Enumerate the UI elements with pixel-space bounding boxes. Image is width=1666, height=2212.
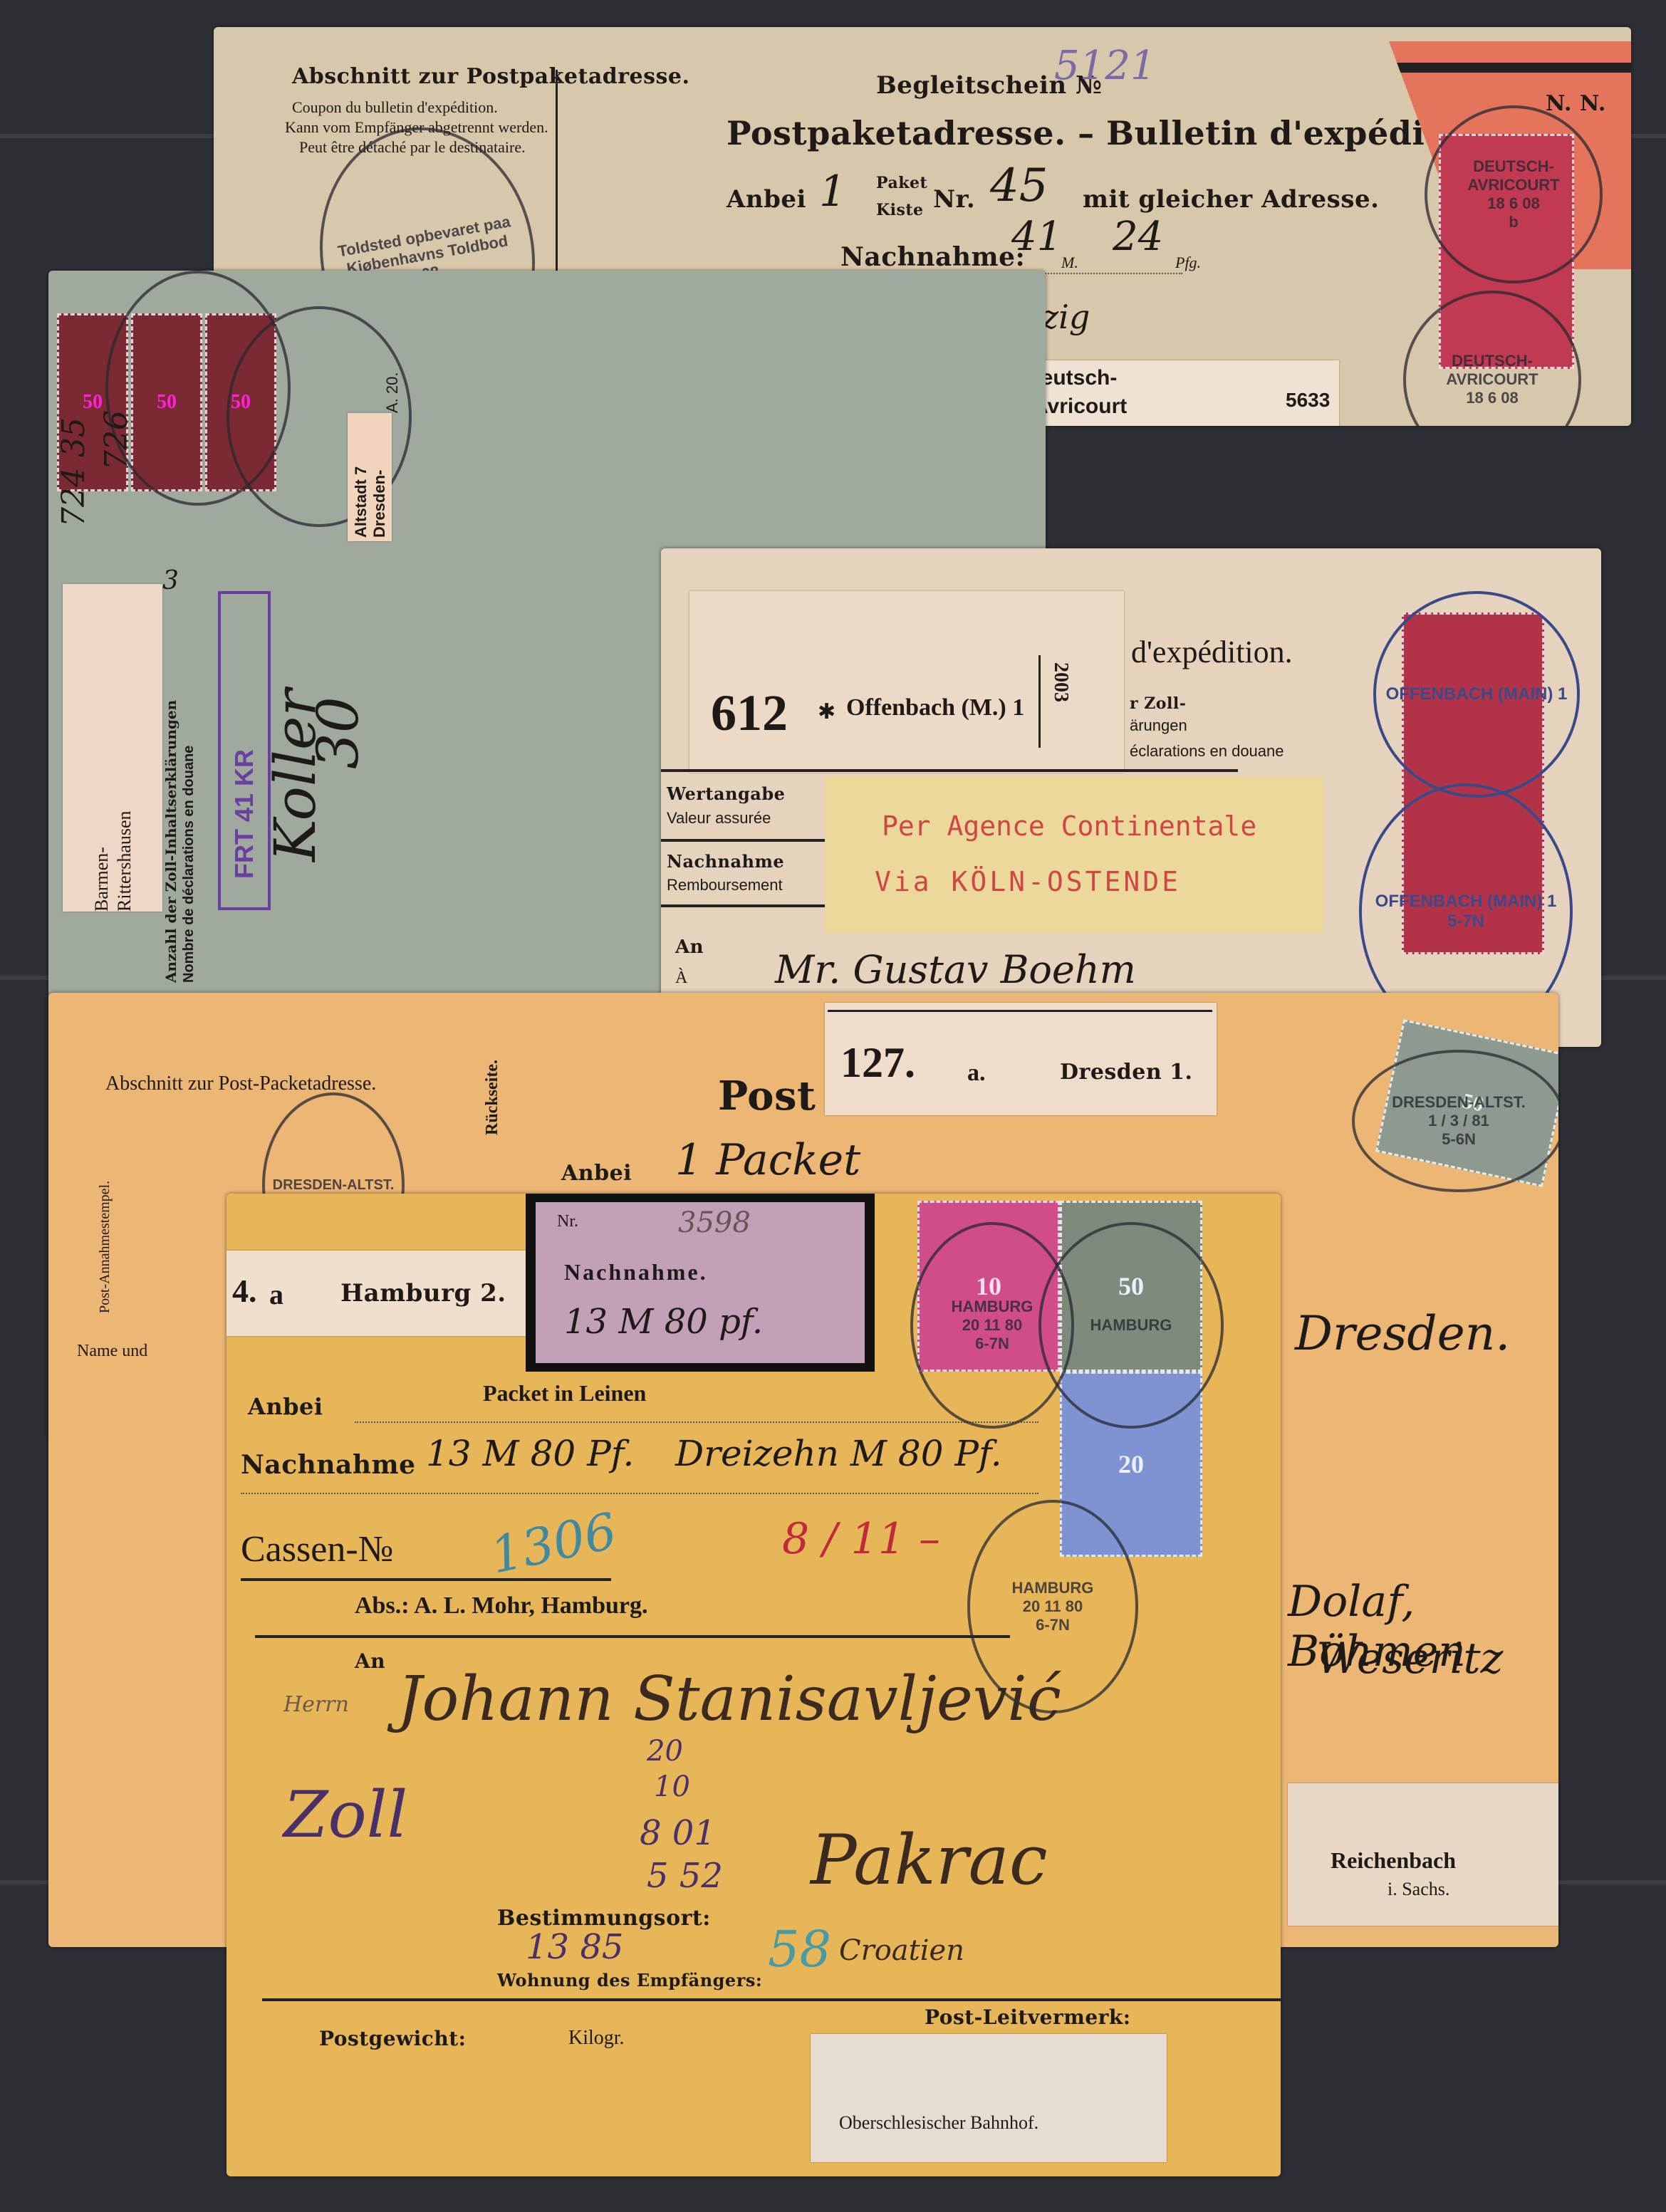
coupon-heading: Abschnitt zur Postpaketadresse. [292,64,689,89]
cancel-text: OFFENBACH (MAIN) 1 [1375,892,1557,911]
anbei-label: Anbei [248,1393,323,1420]
tag-nr-label: Nr. [557,1212,578,1231]
nachnahme-label: Nachnahme [241,1450,416,1480]
origin-town: Barmen- [91,847,113,912]
recipient-name: Johann Stanisavljević [397,1664,1061,1735]
cancel-time: 5-6N [1442,1130,1476,1148]
label-letter: a [269,1278,283,1311]
parcel-card-offenbach: 612 ✱ Offenbach (M.) 1 2003 d'expédition… [661,548,1601,1047]
a-label: À [675,969,687,988]
label-town: Offenbach (M.) 1 [846,694,1024,721]
cancel-text: OFFENBACH (MAIN) 1 [1386,684,1568,704]
wertangabe-label: Wertangabe [667,783,785,804]
valeur-label: Valeur assurée [667,809,771,828]
cassen-value-red: 8 / 11 – [782,1514,940,1564]
routing-label-dresden: 127. a. Dresden 1. [825,1003,1217,1115]
form-rule [661,904,825,907]
anbei-label: Anbei [561,1161,632,1186]
routing-label-offenbach: 612 ✱ Offenbach (M.) 1 2003 [689,591,1124,773]
zoll-number: 8 01 [640,1813,716,1853]
form-rule [241,1578,611,1581]
destination-label: Bestimmungsort: [497,1906,711,1931]
vertical-right-label: Rückseite. [483,1060,502,1135]
zoll-note: Zoll [283,1778,407,1852]
label-number: 4. [232,1272,257,1310]
cancel-offenbach: OFFENBACH (MAIN) 1 [1373,591,1580,798]
label-letter: a. [967,1060,986,1087]
anbei-label: Anbei [727,185,806,214]
cancel-text: HAMBURG [1012,1579,1094,1597]
addressee: Mr. Gustav Boehm [775,947,1136,992]
an-label: An [355,1649,385,1673]
cassen-label: Cassen-№ [241,1528,393,1570]
red-label-bar [1389,63,1631,73]
label-town: Hamburg 2. [340,1279,506,1308]
paket-label: Paket [876,174,927,192]
label-rule [828,1010,1212,1012]
label-sub: i. Sachs. [1388,1879,1449,1900]
same-address-text: mit gleicher Adresse. [1083,185,1379,214]
kiste-label: Kiste [876,201,924,219]
origin-town: Rittershausen [114,810,135,912]
weight-unit: Kilogr. [568,2027,625,2050]
routing-label-oberschlesischer: Oberschlesischer Bahnhof. [811,2034,1167,2162]
label-number: 5633 [1286,389,1330,412]
routing-label-avricourt: Deutsch- Avricourt 5633 [1011,360,1339,426]
label-town: Dresden- [370,470,389,538]
cancel-hamburg: HAMBURG20 11 806-7N [967,1500,1138,1713]
cancel-text: HAMBURG [952,1298,1034,1315]
handwritten-anbei: 1 Packet [675,1135,860,1185]
weight-label: Postgewicht: [319,2027,466,2050]
nachnahme-dotline [241,1493,1038,1494]
tag-amount: 13 M 80 pf. [564,1302,763,1342]
form-rule [661,839,825,842]
cassen-value-blue: 1306 [485,1501,621,1585]
title-fragment: d'expédition. [1131,634,1293,670]
agency-line: Per Agence Continentale [882,810,1256,842]
tag-title: Nachnahme. [564,1259,708,1285]
stamp-value: 20 [1118,1449,1144,1479]
pfg-abbr: Pfg. [1175,254,1201,272]
nachnahme-value: 13 M 80 Pf. [426,1433,634,1474]
cancel-text: HAMBURG [1090,1316,1172,1334]
label-serial: 2003 [1049,662,1072,702]
nachnahme-pfg: 24 [1113,214,1163,260]
label-star: ✱ [818,699,835,724]
form-rule [255,1635,1010,1638]
handwritten-number: 30 [305,697,371,769]
label-number: 612 [711,684,788,743]
violet-stamp-text: FRT 41 KR [229,749,259,879]
begleitschein-value: 5121 [1054,43,1156,89]
nachnahme-tag: Nr. 3598 Nachnahme. 13 M 80 pf. [526,1194,875,1372]
customs-label-de: Anzahl der Zoll-Inhaltserklärungen [162,700,179,983]
customs-label-fr: Nombre de déclarations en douane [181,746,197,983]
cancel-town: DEUTSCH-AVRICOURT [1446,352,1538,388]
cancel-time: 6-7N [975,1335,1009,1352]
cancel-town: DEUTSCH-AVRICOURT [1467,157,1559,194]
destination: Pakrac [811,1820,1048,1900]
cancel-text: DRESDEN-ALTST. [1392,1093,1526,1111]
cancel-text: DRESDEN-ALTST. [273,1177,395,1193]
parcel-card-hamburg: 4. a Hamburg 2. Nr. 3598 Nachnahme. 13 M… [227,1194,1281,2176]
red-label-text: N. N. [1546,91,1606,116]
anbei-value: 1 [819,167,846,216]
card-title: Postpaketadresse. – Bulletin d'expéditio… [727,114,1511,152]
cancel-time: 5-7N [1447,912,1484,931]
routing-label-hamburg: 4. a Hamburg 2. [227,1251,540,1336]
packet-note: Packet in Leinen [483,1380,646,1407]
name-label: Name und [77,1342,147,1361]
remboursement-label: Remboursement [667,876,783,894]
cancel-letter: b [1509,213,1518,231]
zoll-number: 10 [654,1770,690,1803]
tag-nr-value: 3598 [678,1206,751,1239]
customs-fragment: éclarations en douane [1130,742,1284,761]
herrn-label: Herrn [283,1692,349,1717]
customs-fragment: ärungen [1130,716,1187,735]
cancel-time: 6-7N [1036,1616,1070,1634]
coupon-line: Coupon du bulletin d'expédition. [292,98,498,117]
handwritten-line: Weseritz [1316,1634,1503,1684]
agency-label: Per Agence Continentale Via KÖLN-OSTENDE [825,776,1323,933]
nachnahme-label: Nachnahme: [840,242,1025,272]
nachnahme-label: Nachnahme [667,851,784,872]
label-town: Avricourt [1033,395,1127,419]
region: Croatien [839,1934,964,1967]
label-number: 127. [840,1038,915,1087]
cancel-hamburg: HAMBURG [1038,1222,1224,1429]
cancel-date: 20 11 80 [962,1316,1022,1334]
customs-count: 3 [162,566,179,595]
routing-label: Post-Leitvermerk: [925,2005,1131,2029]
nr-label: Nr. [933,185,975,214]
zoll-number: 13 85 [526,1927,623,1967]
origin-label-barmen: Barmen- Rittershausen [63,584,162,912]
routing-label-dresden: Altstadt 7 Dresden- [348,413,392,541]
label-town: Dresden 1. [1060,1060,1192,1085]
handwritten-amount: 724 35 [56,417,92,527]
nachnahme-words: Dreizehn M 80 Pf. [675,1433,1002,1474]
form-rule [262,1998,1281,2001]
an-label: An [675,937,704,958]
form-code: A. 20. [383,372,402,413]
cancel-date: 20 11 80 [1023,1597,1083,1615]
routing-label-text: Oberschlesischer Bahnhof. [839,2112,1038,2134]
agency-line: Via KÖLN-OSTENDE [875,866,1181,897]
customs-fragment: r Zoll- [1130,694,1186,713]
handwritten-city: Dresden. [1295,1306,1510,1361]
anbei-dotline [355,1421,1038,1423]
nr-value: 45 [990,160,1048,212]
residence-label: Wohnung des Empfängers: [497,1970,762,1991]
blue-crayon-number: 58 [768,1920,831,1978]
zoll-number: 20 [647,1735,683,1768]
label-town: Altstadt 7 [352,466,370,538]
nachnahme-mark: 41 [1011,214,1062,260]
sender: Abs.: A. L. Mohr, Hamburg. [355,1592,648,1619]
mark-abbr: M. [1061,254,1078,272]
cancel-date: 18 6 08 [1487,194,1539,212]
title-fragment: Post [718,1073,816,1120]
form-rule [661,769,1238,772]
vertical-side-label: Post-Annahmestempel. [97,1181,113,1313]
handwritten-side: 726 [98,410,135,470]
routing-label-reichenbach: Reichenbach i. Sachs. [1288,1783,1558,1926]
zoll-number: 5 52 [647,1856,723,1896]
cancel-dresden: DRESDEN-ALTST.1 / 3 / 815-6N [1352,1050,1558,1192]
cancel-avricourt: DEUTSCH-AVRICOURT18 6 08b [1425,105,1603,283]
cancel-date: 18 6 08 [1466,389,1518,407]
cancel-date: 1 / 3 / 81 [1428,1112,1489,1130]
label-town: Reichenbach [1331,1847,1456,1874]
label-divider [1038,655,1041,748]
